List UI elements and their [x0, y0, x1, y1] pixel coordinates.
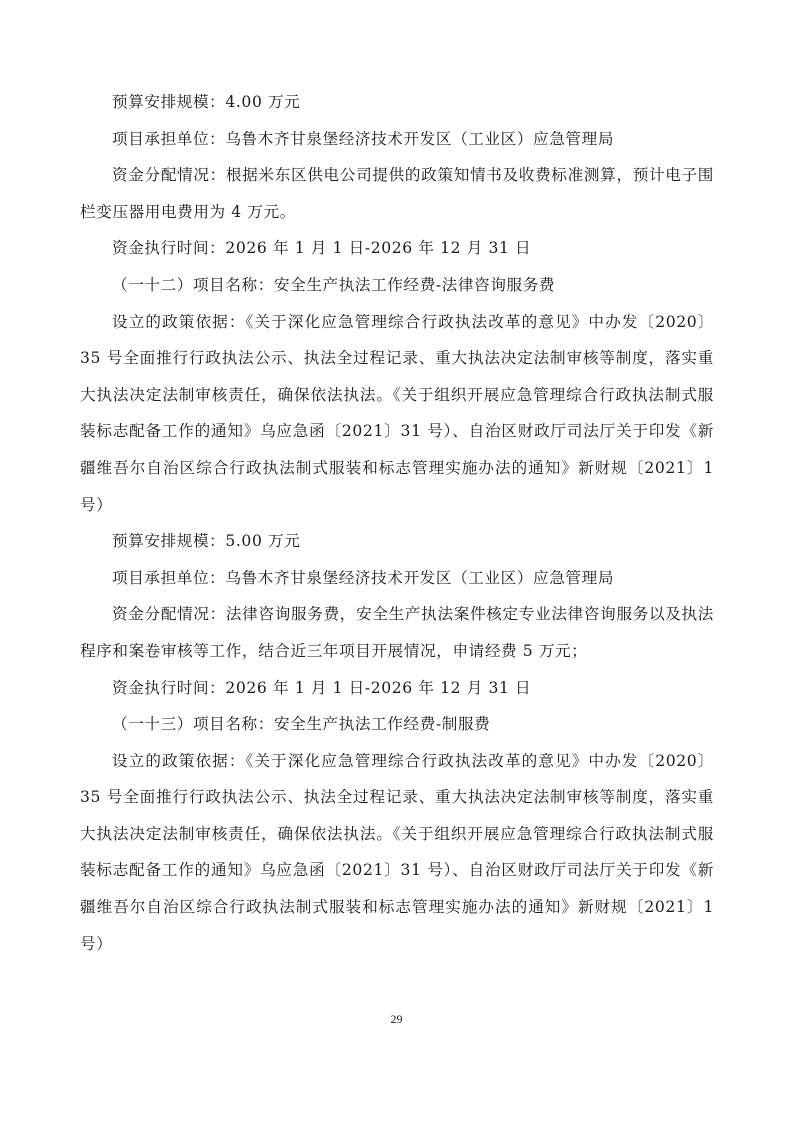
document-page: 预算安排规模：4.00 万元 项目承担单位：乌鲁木齐甘泉堡经济技术开发区（工业区…: [80, 84, 714, 962]
project-heading-12: （一十二）项目名称：安全生产执法工作经费-法律咨询服务费: [80, 267, 714, 304]
fund-allocation-11: 资金分配情况：根据米东区供电公司提供的政策知情书及收费标准测算，预计电子围栏变压…: [80, 157, 714, 230]
responsible-unit-12: 项目承担单位：乌鲁木齐甘泉堡经济技术开发区（工业区）应急管理局: [80, 560, 714, 597]
policy-basis-12: 设立的政策依据：《关于深化应急管理综合行政执法改革的意见》中办发〔2020〕35…: [80, 304, 714, 524]
budget-scale-11: 预算安排规模：4.00 万元: [80, 84, 714, 121]
budget-scale-12: 预算安排规模：5.00 万元: [80, 523, 714, 560]
page-number: 29: [0, 1012, 793, 1027]
execution-period-11: 资金执行时间：2026 年 1 月 1 日-2026 年 12 月 31 日: [80, 230, 714, 267]
responsible-unit-11: 项目承担单位：乌鲁木齐甘泉堡经济技术开发区（工业区）应急管理局: [80, 121, 714, 158]
execution-period-12: 资金执行时间：2026 年 1 月 1 日-2026 年 12 月 31 日: [80, 670, 714, 707]
project-heading-13: （一十三）项目名称：安全生产执法工作经费-制服费: [80, 706, 714, 743]
fund-allocation-12: 资金分配情况：法律咨询服务费，安全生产执法案件核定专业法律咨询服务以及执法程序和…: [80, 596, 714, 669]
policy-basis-13: 设立的政策依据：《关于深化应急管理综合行政执法改革的意见》中办发〔2020〕35…: [80, 743, 714, 963]
